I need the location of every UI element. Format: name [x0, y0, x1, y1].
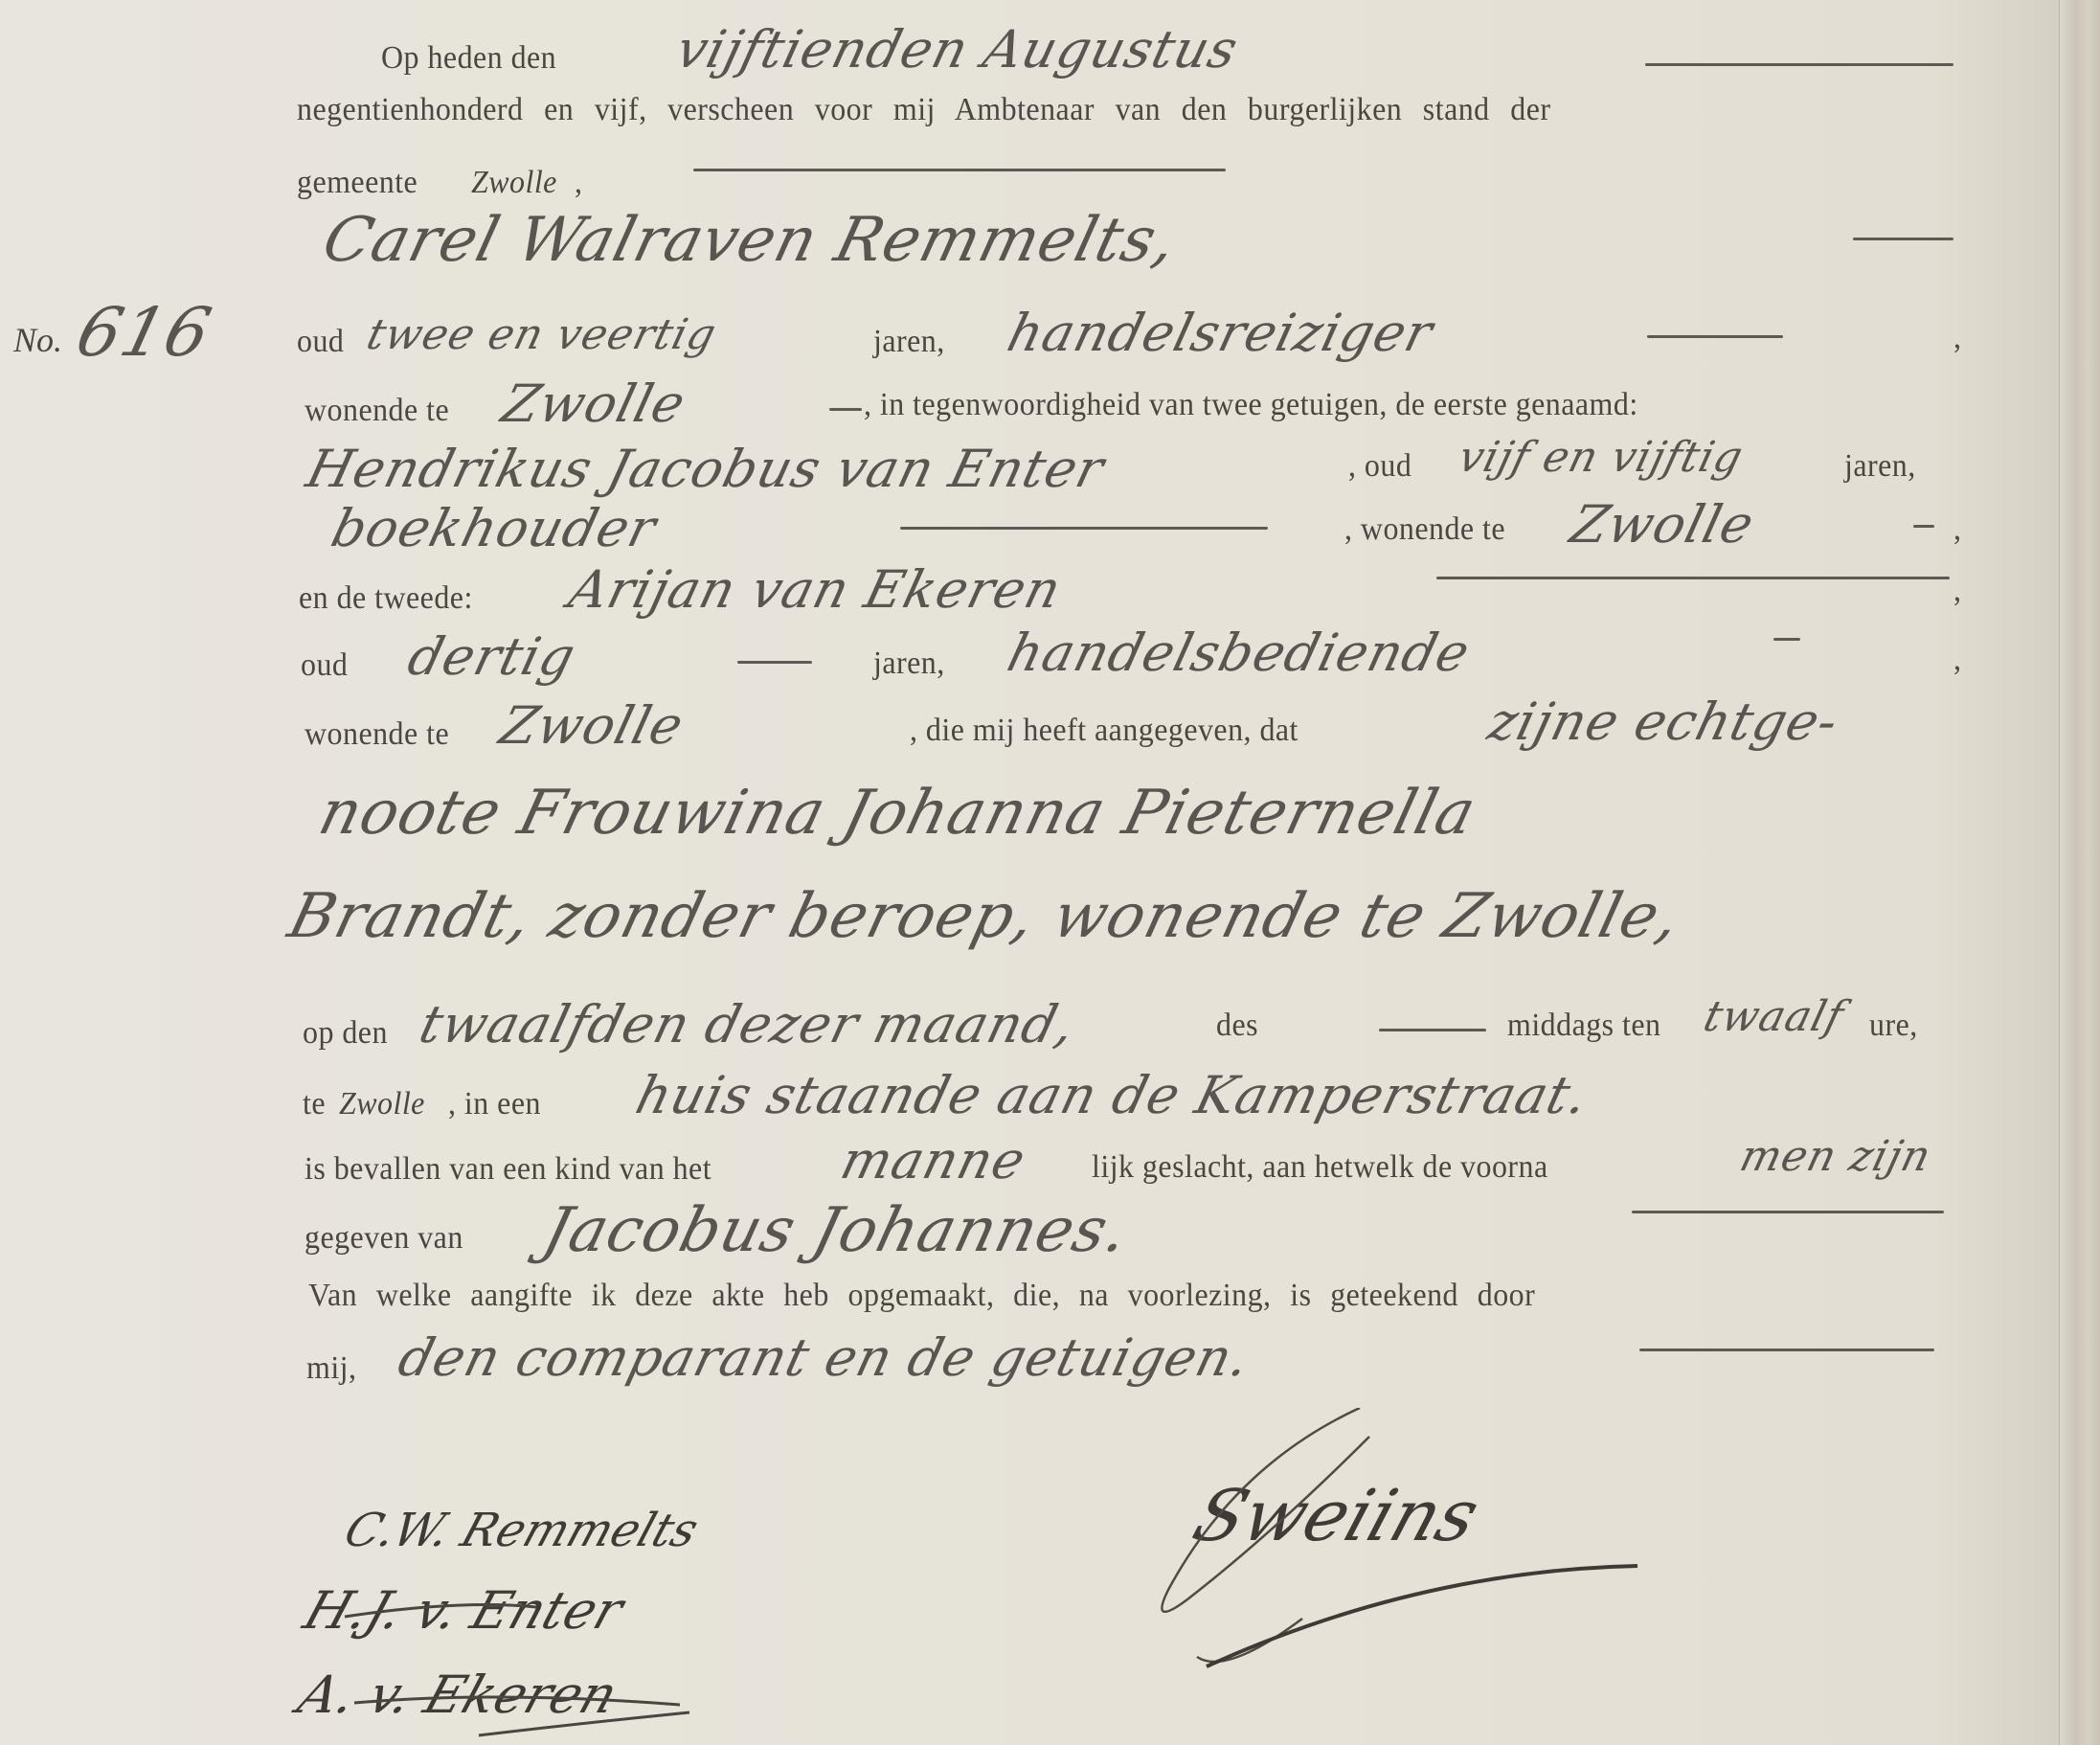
line-12: noote Frouwina Johanna Pieternella: [0, 778, 2100, 864]
blank-dash: [1436, 577, 1950, 579]
handwritten-residence: Zwolle: [496, 374, 691, 434]
handwritten-witness-1-name: Hendrikus Jacobus van Enter: [301, 439, 1111, 499]
printed-text: , in een: [448, 1086, 541, 1122]
printed-text: mij,: [306, 1350, 356, 1387]
printed-text: ure,: [1869, 1008, 1918, 1044]
register-page: No. 616 Op heden den vijftienden Augustu…: [0, 0, 2100, 1745]
handwritten-age: dertig: [402, 626, 582, 687]
printed-text: gegeven van: [305, 1220, 463, 1257]
blank-dash: [1853, 238, 1953, 240]
handwritten-spouse-text: zijne echtge-: [1482, 691, 1845, 752]
handwritten-date: vijftienden Augustus: [670, 19, 1244, 79]
signature-flourishes-witnesses: [287, 1532, 747, 1745]
printed-text: negentienhonderd en vijf, verscheen voor…: [297, 92, 1550, 128]
handwritten-occupation: handelsreiziger: [1002, 303, 1439, 363]
handwritten-witness-2-name: Arijan van Ekeren: [563, 559, 1068, 620]
blank-dash: [1913, 525, 1934, 528]
handwritten-text: men zijn: [1735, 1132, 1936, 1181]
handwritten-residence: Zwolle: [494, 695, 689, 756]
blank-dash: [829, 408, 862, 411]
handwritten-birth-hour: twaalf: [1699, 992, 1849, 1041]
handwritten-signatories: den comparant en de getuigen.: [393, 1327, 1256, 1388]
line-19: mij, den comparant en de getuigen.: [0, 1327, 2100, 1414]
printed-text: Van welke aangifte ik deze akte heb opge…: [308, 1278, 1535, 1314]
printed-text: ,: [1953, 573, 1961, 609]
handwritten-birth-place: huis staande aan de Kamperstraat.: [630, 1065, 1594, 1125]
blank-dash: [1379, 1029, 1486, 1031]
handwritten-occupation: boekhouder: [326, 498, 663, 558]
printed-text: Op heden den: [381, 40, 556, 77]
printed-text: , die mij heeft aangegeven, dat: [910, 713, 1298, 749]
handwritten-sex: manne: [835, 1130, 1032, 1190]
handwritten-residence: Zwolle: [1565, 494, 1760, 555]
printed-text: ,: [1953, 642, 1961, 678]
handwritten-age: twee en veertig: [362, 310, 721, 359]
printed-text: lijk geslacht, aan hetwelk de voorna: [1092, 1149, 1548, 1186]
signature-flourish-official: [1130, 1408, 1666, 1695]
printed-municipality: Zwolle: [471, 165, 557, 201]
printed-text: wonende te: [305, 393, 449, 429]
handwritten-birth-date: twaalfden dezer maand,: [414, 994, 1082, 1054]
printed-text: ,: [1953, 320, 1961, 356]
printed-municipality: Zwolle: [339, 1086, 425, 1122]
printed-text: en de tweede:: [299, 580, 473, 617]
printed-text: te: [303, 1086, 326, 1122]
handwritten-child-name: Jacobus Johannes.: [536, 1195, 1136, 1266]
printed-text: , wonende te: [1344, 511, 1505, 548]
printed-text: jaren,: [1844, 448, 1916, 485]
printed-text: oud: [297, 324, 344, 360]
line-4: Carel Walraven Remmelts,: [0, 203, 2100, 289]
handwritten-age: vijf en vijftig: [1454, 433, 1749, 482]
printed-text: ,: [1953, 511, 1961, 548]
printed-text: ,: [575, 165, 582, 201]
line-13: Brandt, zonder beroep, wonende te Zwolle…: [0, 881, 2100, 967]
printed-text: , in tegenwoordigheid van twee getuigen,…: [864, 387, 1638, 423]
printed-text: , oud: [1348, 448, 1411, 485]
line-11: wonende te Zwolle , die mij heeft aangeg…: [0, 701, 2100, 787]
handwritten-mother-details: Brandt, zonder beroep, wonende te Zwolle…: [282, 881, 1687, 952]
printed-text: oud: [301, 647, 348, 684]
blank-dash: [737, 661, 812, 664]
blank-dash: [1632, 1211, 1944, 1213]
printed-text: is bevallen van een kind van het: [305, 1151, 711, 1188]
printed-text: jaren,: [873, 646, 945, 682]
blank-dash: [1639, 1348, 1934, 1351]
blank-dash: [900, 527, 1268, 530]
blank-dash: [1773, 638, 1800, 641]
printed-text: middags ten: [1507, 1008, 1661, 1044]
printed-text: gemeente: [297, 165, 418, 201]
blank-dash: [1645, 63, 1953, 66]
handwritten-declarant-name: Carel Walraven Remmelts,: [316, 205, 1185, 276]
printed-text: des: [1216, 1008, 1258, 1044]
printed-text: wonende te: [305, 716, 449, 753]
printed-text: jaren,: [873, 324, 945, 360]
handwritten-occupation: handelsbediende: [1002, 623, 1477, 683]
blank-dash: [1647, 335, 1783, 338]
handwritten-mother-name: noote Frouwina Johanna Pieternella: [312, 778, 1483, 849]
printed-text: op den: [303, 1015, 388, 1052]
blank-dash: [693, 169, 1226, 171]
